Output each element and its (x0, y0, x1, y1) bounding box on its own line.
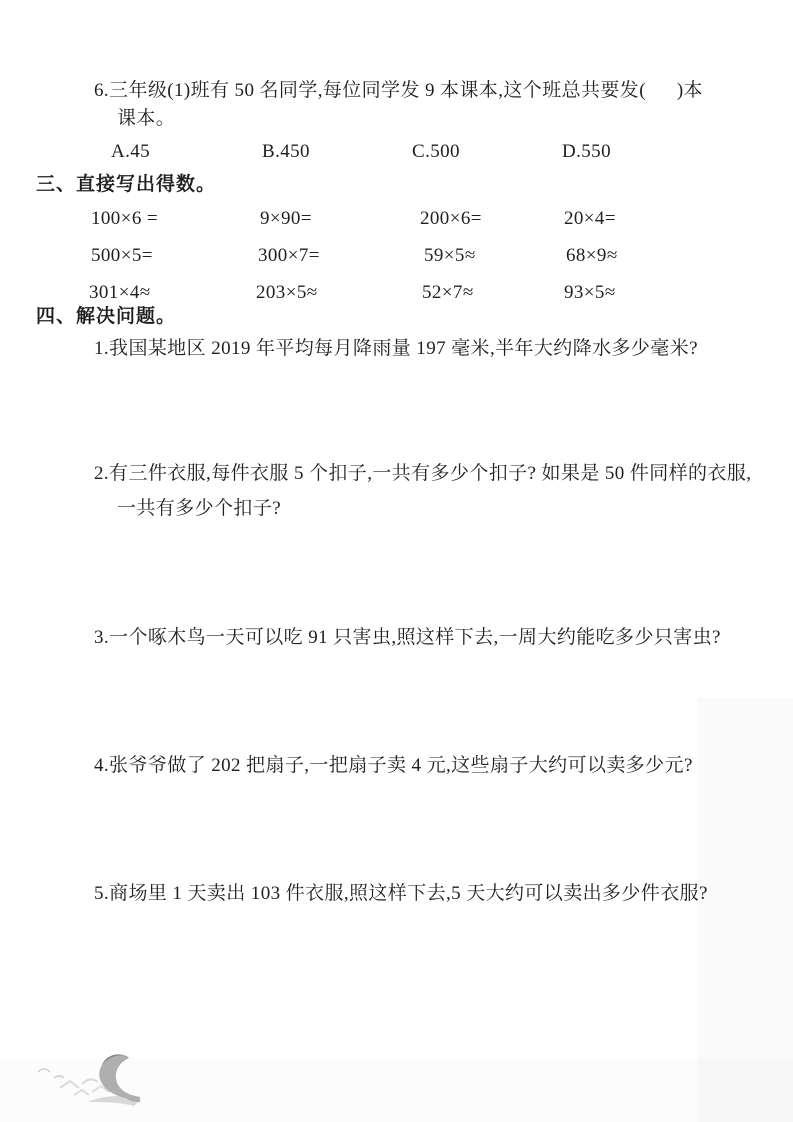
question-6-line-1: 6.三年级(1)班有 50 名同学,每位同学发 9 本课本,这个班总共要发( )… (94, 79, 703, 102)
word-problem-5: 5.商场里 1 天卖出 103 件衣服,照这样下去,5 天大约可以卖出多少件衣服… (94, 882, 708, 905)
option-c: C.500 (412, 140, 460, 163)
word-problem-4: 4.张爷爷做了 202 把扇子,一把扇子卖 4 元,这些扇子大约可以卖多少元? (94, 754, 693, 777)
word-problem-2-line-1: 2.有三件衣服,每件衣服 5 个扣子,一共有多少个扣子? 如果是 50 件同样的… (94, 462, 751, 485)
option-b: B.450 (262, 140, 310, 163)
expression: 93×5≈ (564, 281, 616, 304)
expression: 52×7≈ (422, 281, 474, 304)
expression: 68×9≈ (566, 244, 618, 267)
word-problem-3: 3.一个啄木鸟一天可以吃 91 只害虫,照这样下去,一周大约能吃多少只害虫? (94, 626, 721, 649)
scan-shadow-right (698, 698, 793, 1122)
expression: 203×5≈ (256, 281, 318, 304)
word-problem-2-line-2: 一共有多少个扣子? (117, 497, 281, 520)
option-d: D.550 (562, 140, 611, 163)
expression: 9×90= (260, 207, 312, 230)
section-four-title: 四、解决问题。 (36, 305, 176, 328)
expression: 301×4≈ (89, 281, 151, 304)
expression: 500×5= (91, 244, 153, 267)
option-a: A.45 (111, 140, 150, 163)
question-6-line-2: 课本。 (117, 107, 175, 130)
expression: 20×4= (564, 207, 616, 230)
swan-watermark-illustration (30, 1042, 290, 1122)
expression: 100×6 = (91, 207, 158, 230)
expression: 59×5≈ (424, 244, 476, 267)
swan-icon (30, 1042, 290, 1122)
expression: 300×7= (258, 244, 320, 267)
worksheet-page: 6.三年级(1)班有 50 名同学,每位同学发 9 本课本,这个班总共要发( )… (0, 0, 793, 1122)
section-three-title: 三、直接写出得数。 (36, 173, 216, 196)
expression: 200×6= (420, 207, 482, 230)
word-problem-1: 1.我国某地区 2019 年平均每月降雨量 197 毫米,半年大约降水多少毫米? (94, 337, 698, 360)
